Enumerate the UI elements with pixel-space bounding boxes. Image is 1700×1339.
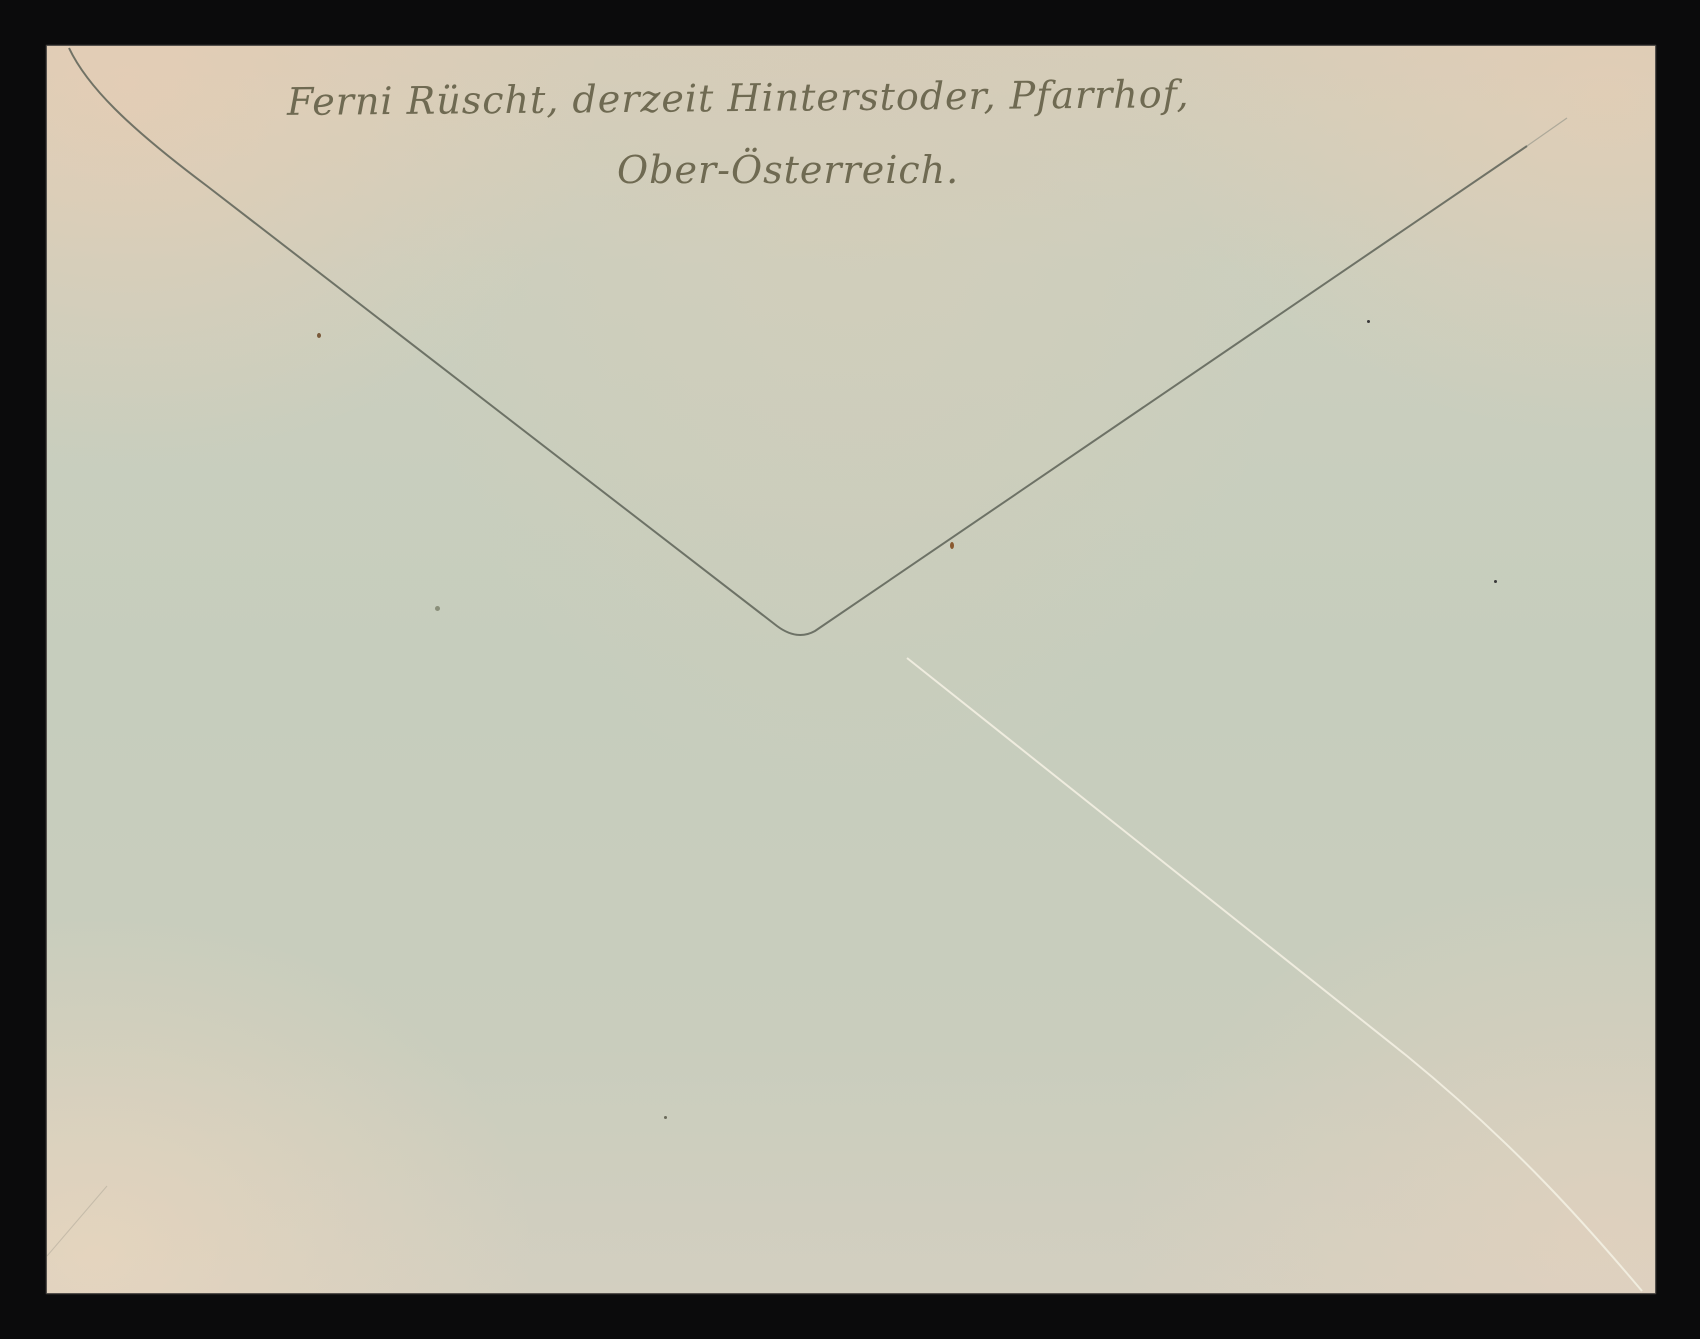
paper-speck <box>435 606 440 611</box>
paper-speck <box>1494 580 1497 583</box>
paper-speck <box>664 1116 667 1119</box>
return-address-line-2: Ober-Österreich. <box>617 148 959 192</box>
return-address-line-1: Ferni Rüscht, derzeit Hinterstoder, Pfar… <box>287 72 1190 124</box>
envelope-flap-lines <box>47 46 1655 1293</box>
envelope-back: Ferni Rüscht, derzeit Hinterstoder, Pfar… <box>47 46 1655 1293</box>
paper-speck <box>1367 320 1370 323</box>
paper-speck <box>950 542 954 549</box>
paper-speck <box>317 333 321 338</box>
